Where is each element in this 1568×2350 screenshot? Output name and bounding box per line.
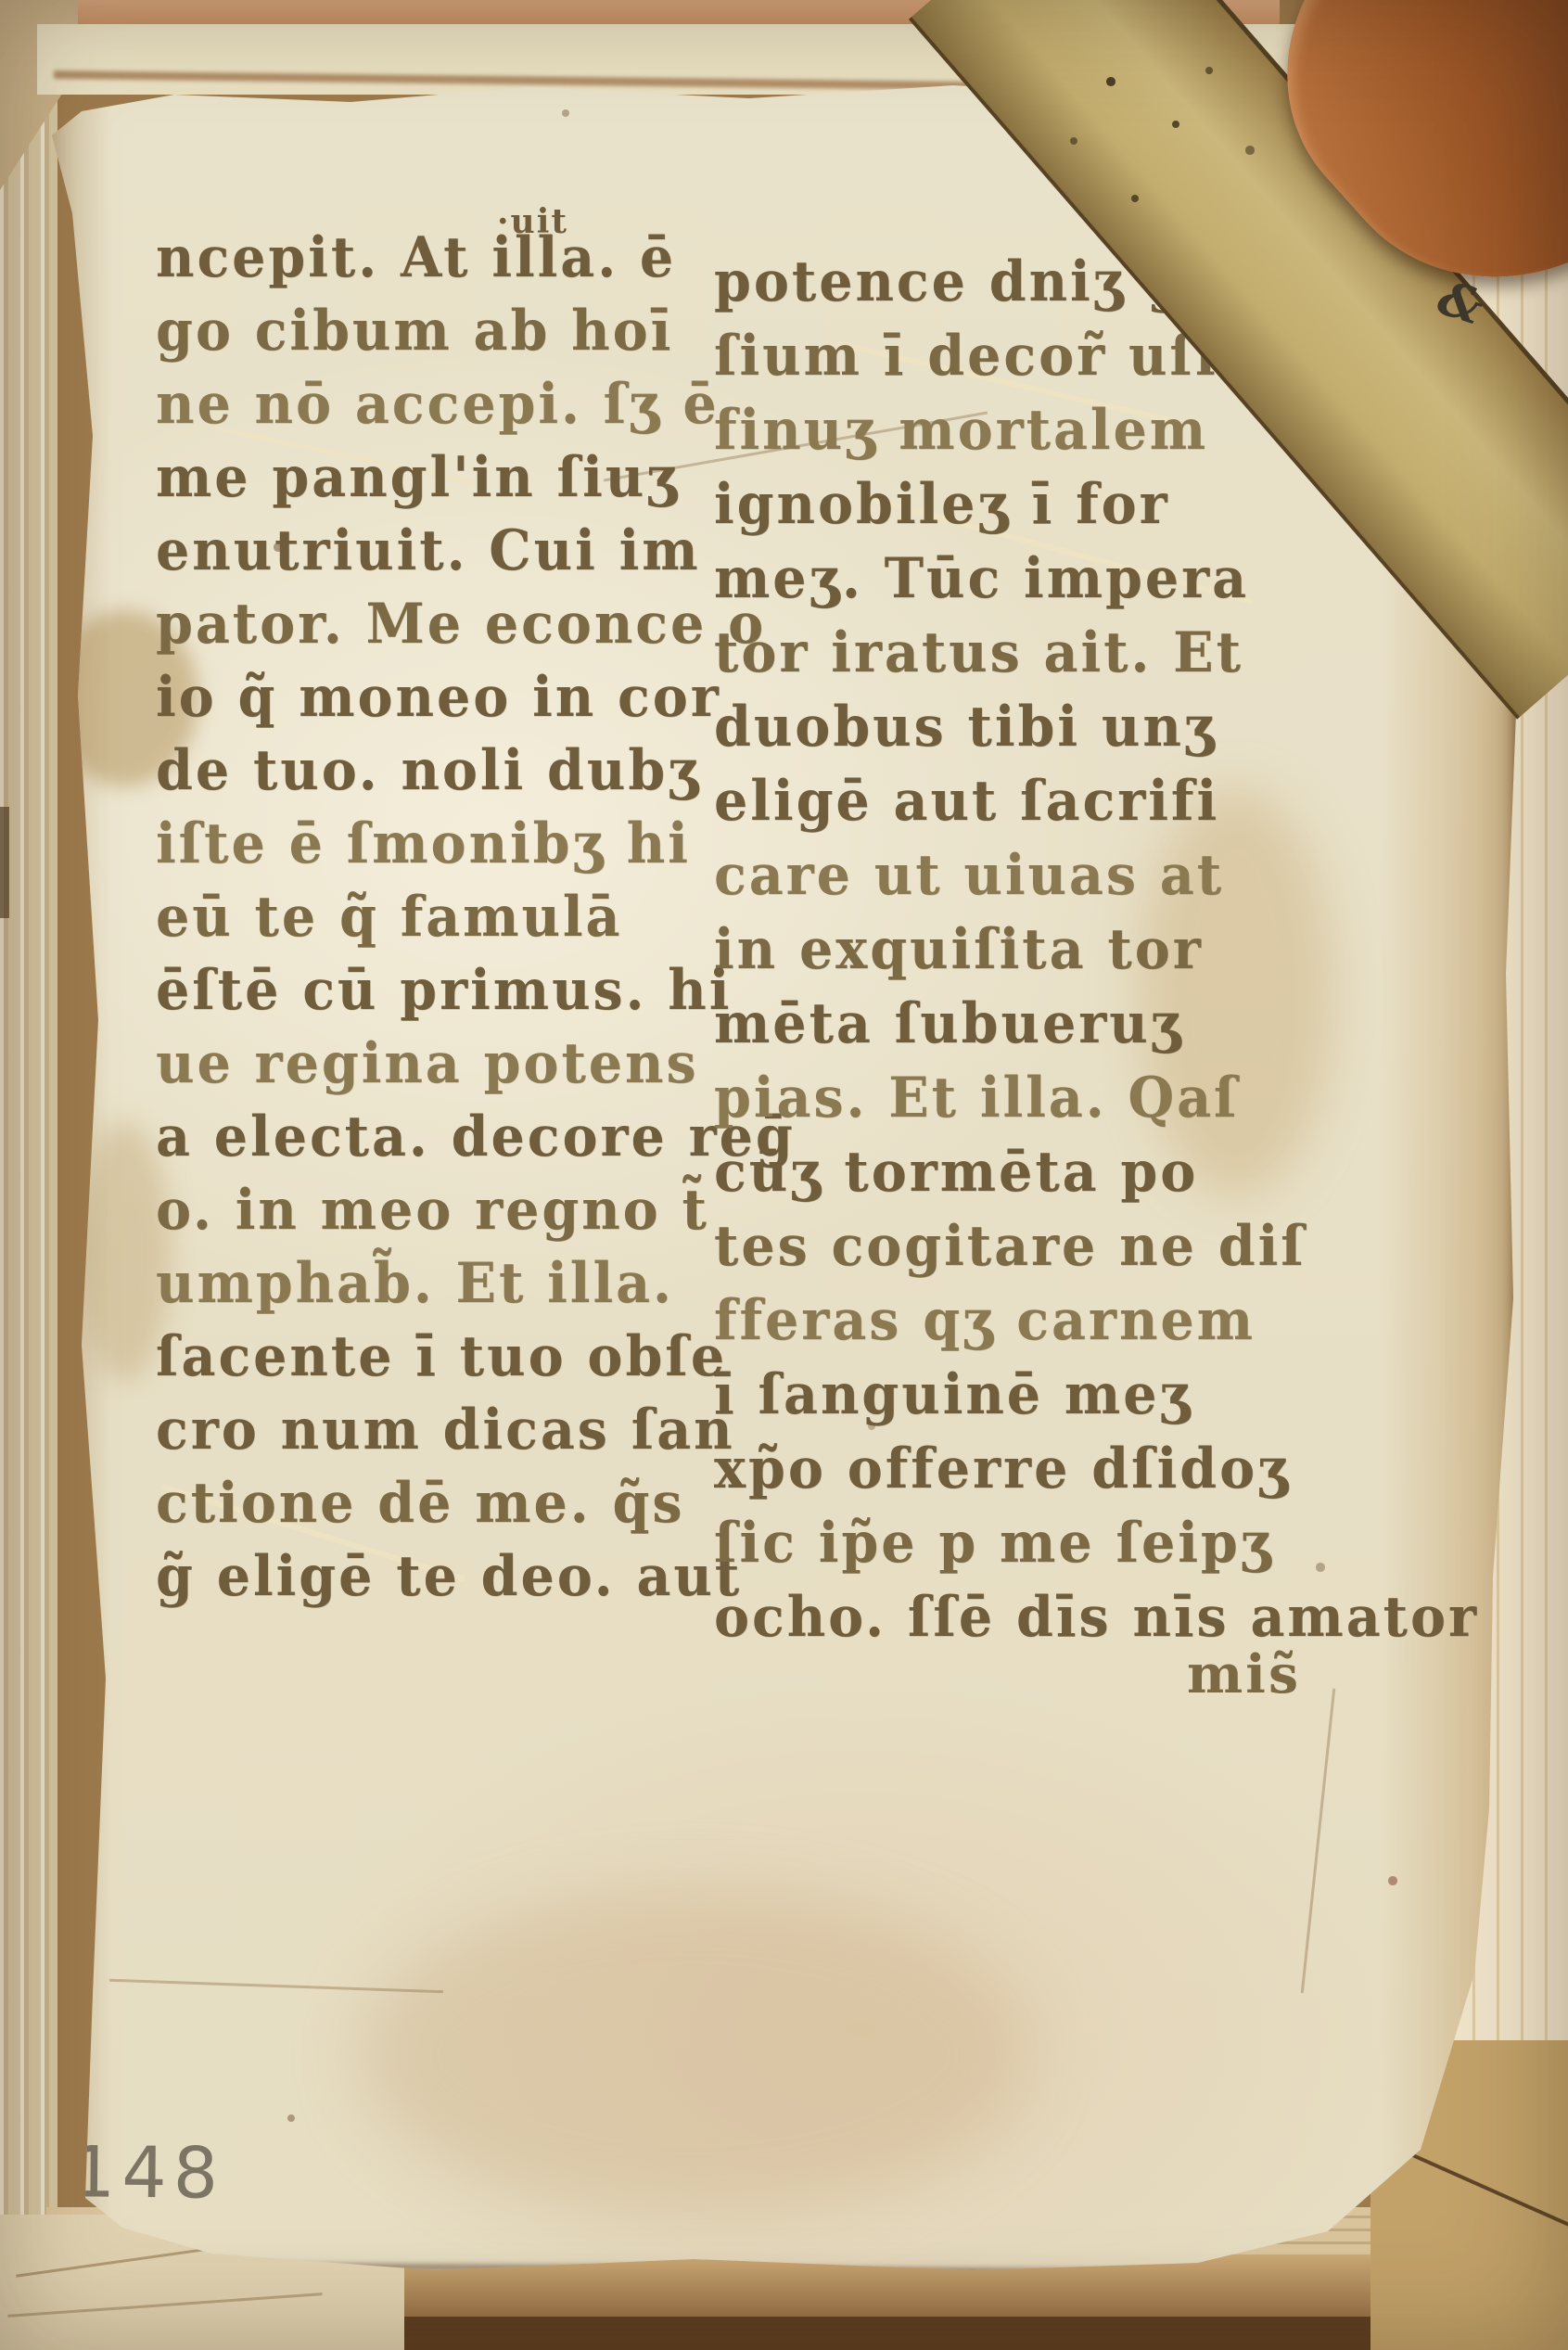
water-stain <box>360 1892 1027 2216</box>
manuscript-line: mēta ſubueruʒ <box>714 985 1479 1063</box>
folio-number-bottom-left: 148 <box>70 2130 225 2214</box>
manuscript-line: fferas qʒ carnem <box>714 1282 1479 1360</box>
manuscript-line: umphab̃. Et illa. <box>156 1245 796 1322</box>
manuscript-line: a electa. decore reḡ <box>156 1098 796 1175</box>
manuscript-line: xp̃o offerre dſidoʒ <box>714 1430 1479 1508</box>
manuscript-line: ctione dē me. q̃s <box>156 1464 796 1541</box>
manuscript-line: ſacente ī tuo obſe <box>156 1318 796 1395</box>
manuscript-photo: ·uit ncepit. At illa. ēgo cibum ab hoīne… <box>0 0 1568 2350</box>
crease-line <box>1301 1689 1335 1994</box>
crease-line <box>109 1979 443 1994</box>
manuscript-line: cūʒ tormēta po <box>714 1133 1479 1211</box>
manuscript-line: o. in meo regno t̃ <box>156 1171 796 1248</box>
manuscript-line: ī ſanguinē meʒ <box>714 1356 1479 1434</box>
text-column-left: ncepit. At illa. ēgo cibum ab hoīne nō a… <box>156 219 796 1611</box>
manuscript-line: go cibum ab hoī <box>156 292 796 369</box>
manuscript-line: in exquiſita tor <box>714 911 1479 989</box>
manuscript-line: pias. Et illa. Qaſ <box>714 1059 1479 1137</box>
manuscript-line: de tuo. noli dubʒ <box>156 732 796 809</box>
manuscript-line: tor iratus ait. Et <box>714 614 1479 692</box>
manuscript-line: me pangl'in ſiuʒ <box>156 439 796 516</box>
manuscript-line: ēſtē cū primus. hi <box>156 951 796 1028</box>
manuscript-line: duobus tibi unʒ <box>714 688 1479 766</box>
hanging-line: mis̃ <box>1187 1643 1301 1705</box>
manuscript-line: ne nō accepi. ſʒ ē <box>156 365 796 442</box>
manuscript-line: pator. Me econce o <box>156 585 796 662</box>
manuscript-line: cro num dicas ſan <box>156 1391 796 1468</box>
manuscript-line: g̃ eligē te deo. aut <box>156 1538 796 1615</box>
manuscript-line: ncepit. At illa. ē <box>156 219 796 296</box>
manuscript-line: io q̃ moneo in cor <box>156 658 796 735</box>
strip-ink-specks <box>0 0 4 4</box>
manuscript-line: ue regina potens <box>156 1025 796 1102</box>
spine-edge-paper <box>0 0 57 2350</box>
manuscript-line: meʒ. Tūc impera <box>714 540 1479 618</box>
manuscript-line: eligē aut ſacrifi <box>714 762 1479 840</box>
spine-dark-notch-lower <box>0 807 9 918</box>
manuscript-line: ocho. ſſē dīs nīs amator <box>714 1578 1479 1656</box>
manuscript-line: iſte ē ſmonibʒ hi <box>156 805 796 882</box>
manuscript-line: enutriuit. Cui im <box>156 512 796 589</box>
manuscript-line: eū te q̃ famulā <box>156 878 796 955</box>
manuscript-line: ſic ip̃e p me ſeipʒ <box>714 1504 1479 1582</box>
manuscript-line: care ut uiuas at <box>714 837 1479 914</box>
manuscript-line: tes cogitare ne diſ <box>714 1207 1479 1285</box>
